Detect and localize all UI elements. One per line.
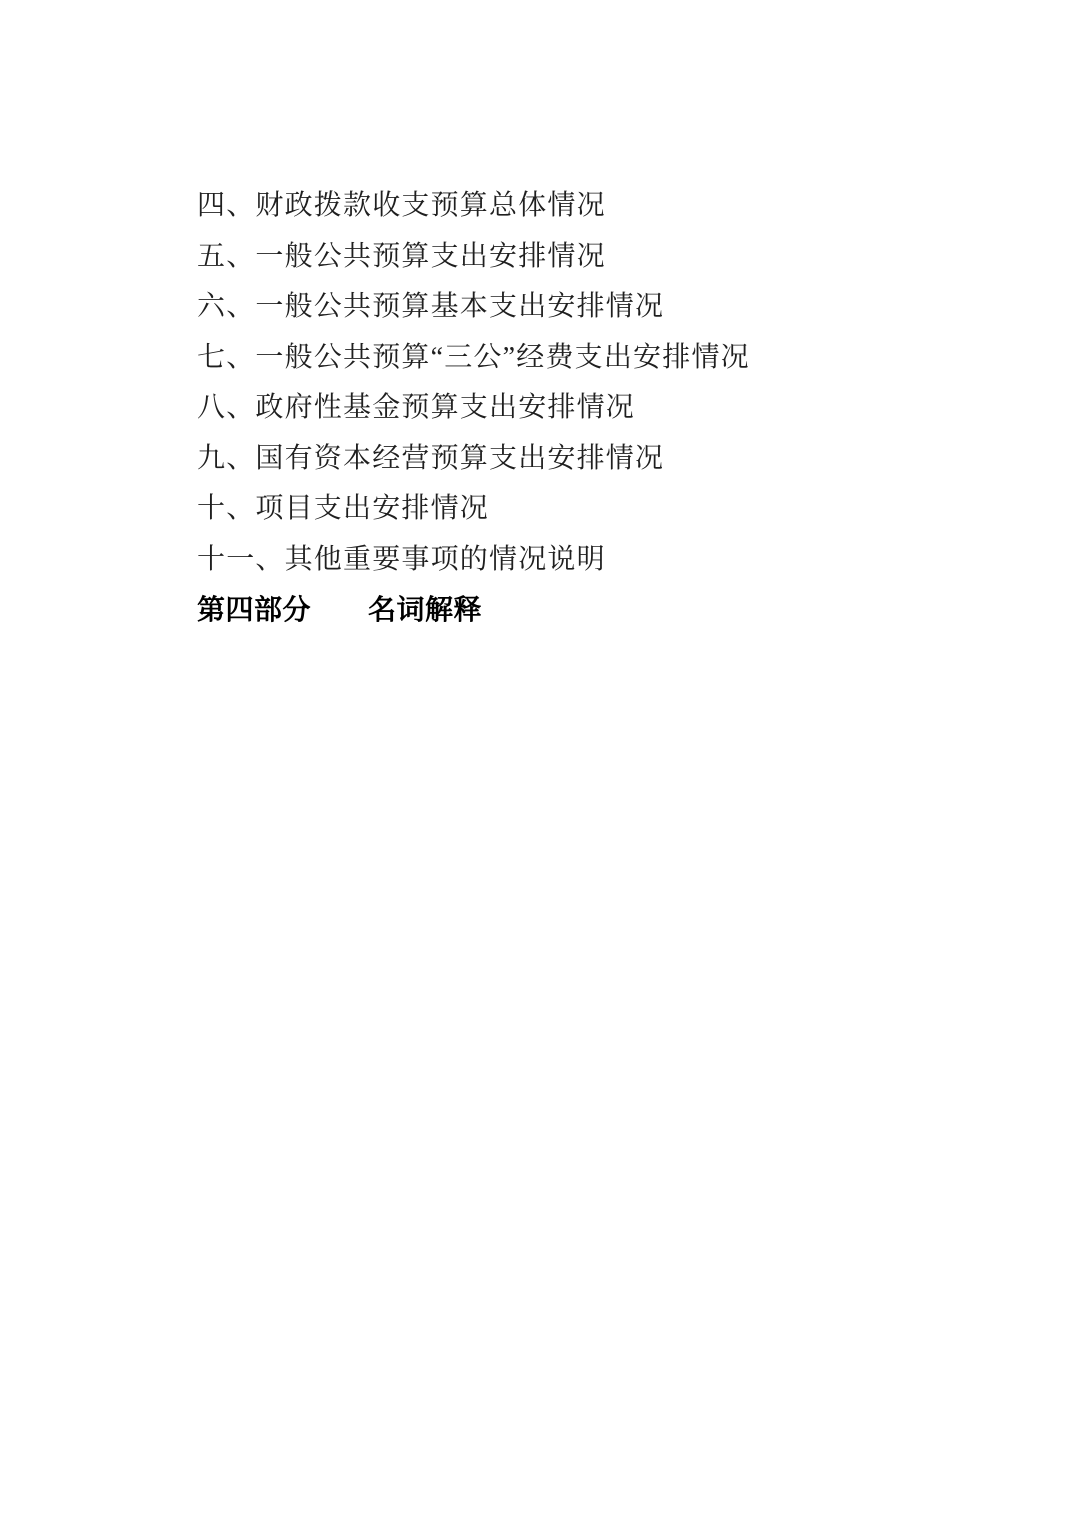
toc-item: 五、一般公共预算支出安排情况 [197,232,1017,283]
toc-item: 十一、其他重要事项的情况说明 [197,535,1017,586]
toc-item: 十、项目支出安排情况 [197,484,1017,535]
document-page: 四、财政拨款收支预算总体情况 五、一般公共预算支出安排情况 六、一般公共预算基本… [0,0,1074,1520]
section-heading: 第四部分 名词解释 [197,585,1017,636]
toc-item: 四、财政拨款收支预算总体情况 [197,181,1017,232]
toc-item: 六、一般公共预算基本支出安排情况 [197,282,1017,333]
toc-text-block: 四、财政拨款收支预算总体情况 五、一般公共预算支出安排情况 六、一般公共预算基本… [197,181,1017,636]
toc-item: 九、国有资本经营预算支出安排情况 [197,434,1017,485]
toc-item: 八、政府性基金预算支出安排情况 [197,383,1017,434]
toc-item: 七、一般公共预算“三公”经费支出安排情况 [197,333,1017,384]
